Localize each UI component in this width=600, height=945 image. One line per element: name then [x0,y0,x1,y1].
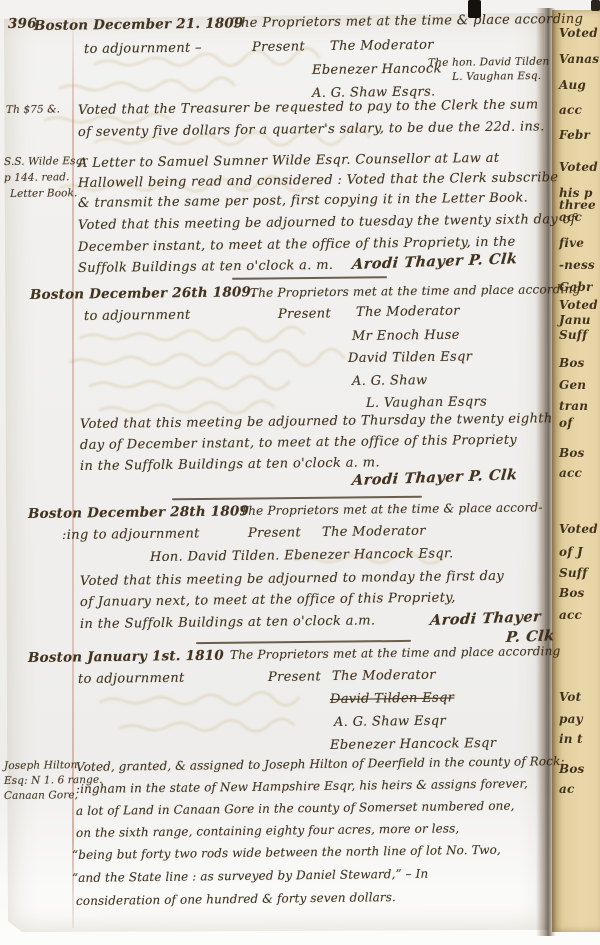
entry3-attendee-moderator: The Moderator [322,524,426,540]
entry1-present-label: Present [252,39,305,55]
entry4-attendee-moderator: The Moderator [332,668,436,684]
entry1-dateline: Boston December 21. 1809 [34,15,244,34]
entry4-margin-grant-line1: Joseph Hilton [4,759,78,772]
entry4-margin-grant-line3: Canaan Gore, [4,789,78,802]
entry3-dateline: Boston December 28th 1809 [28,503,249,522]
entry4-heading-cont: to adjournment [78,671,185,687]
facing-page-text-fragment: Febr [559,128,590,142]
facing-page-text-fragment: five [559,236,584,250]
book-gutter-shadow [536,8,556,936]
facing-page-text-fragment: -ness [559,258,595,272]
entry3-present-label: Present [248,525,301,541]
facing-page-text-fragment: ac [559,782,574,796]
facing-page-text-fragment: of J [559,545,583,559]
entry2-attendee-shaw: A. G. Shaw [352,373,428,389]
entry1-heading-cont: to adjournment – [84,41,202,57]
facing-page-text-fragment: of [559,416,573,430]
entry1-attendee-moderator: The Moderator [330,38,434,54]
binding-mark [468,0,481,18]
facing-page-text-fragment: pay [559,712,583,726]
facing-page-text-fragment: Bos [559,356,585,370]
facing-page-text-fragment: acc [559,466,582,480]
entry1-margin-wilde-line1: S.S. Wilde Esqr [4,155,88,168]
entry1-attendee-tilden: The hon. David Tilden [428,56,550,69]
entry2-dateline: Boston December 26th 1809. [30,284,256,303]
facing-page-text-fragment: Bos [559,446,585,460]
entry1-margin-wilde-line3: Letter Book. [10,187,78,200]
page-number: 396 [8,16,37,32]
entry2-attendee-tilden: David Tilden Esqr [348,349,472,366]
facing-page-text-fragment: acc [559,608,582,622]
entry4-present-label: Present [268,669,321,685]
facing-page-text-fragment: Suff [559,566,588,580]
facing-page-text-fragment: Vanas [559,52,599,66]
entry1-vote-adjourn-line3: Suffolk Buildings at ten o'clock a. m. [78,258,334,276]
facing-page-text-fragment: acc [559,210,582,224]
facing-page-text-fragment: in t [559,732,583,746]
facing-page-text-fragment: acc [559,103,582,117]
entry2-attendee-vaughan: L. Vaughan Esqrs [366,395,487,411]
scanned-manuscript-view: 396 Boston December 21. 1809 The Proprie… [0,0,600,945]
entry2-attendee-moderator: The Moderator [356,304,460,320]
facing-page-text-fragment: Aug [559,78,586,92]
facing-page-text-fragment: Gabr [559,280,593,294]
entry4-attendee-tilden: David Tilden Esqr [330,690,454,707]
facing-page-text-fragment: Gen [559,378,586,392]
facing-page-text-fragment: tran [559,399,588,413]
facing-page-text-fragment: Bos [559,762,585,776]
entry3-heading-cont: :ing to adjournment [62,526,200,543]
entry4-attendee-shaw: A. G. Shaw Esqr [334,714,446,730]
facing-page-text-fragment: Voted [559,26,598,40]
entry2-present-label: Present [278,306,331,322]
facing-page-text-fragment: Bos [559,586,585,600]
entry2-attendee-huse: Mr Enoch Huse [352,328,460,344]
entry1-attendee-hancock: Ebenezer Hancock [312,61,442,78]
facing-page-text-fragment: Voted [559,522,598,536]
entry2-heading-cont: to adjournment [84,308,191,324]
binding-mark [591,0,600,11]
entry1-margin-payment-note: Th $75 &. [6,103,60,116]
facing-page-text-fragment: Voted [559,298,598,312]
entry1-margin-wilde-line2: p 144. read. [4,171,70,184]
facing-page-text-fragment: Voted [559,160,598,174]
facing-page-text-fragment: Janu [559,313,591,327]
facing-page-text-fragment: Vot [559,690,581,704]
entry1-attendee-vaughan: L. Vaughan Esq. [452,70,541,83]
entry4-dateline: Boston January 1st. 1810 [28,648,224,666]
entry4-attendee-hancock: Ebenezer Hancock Esqr [330,736,497,753]
facing-page-text-fragment: Suff [559,328,588,342]
